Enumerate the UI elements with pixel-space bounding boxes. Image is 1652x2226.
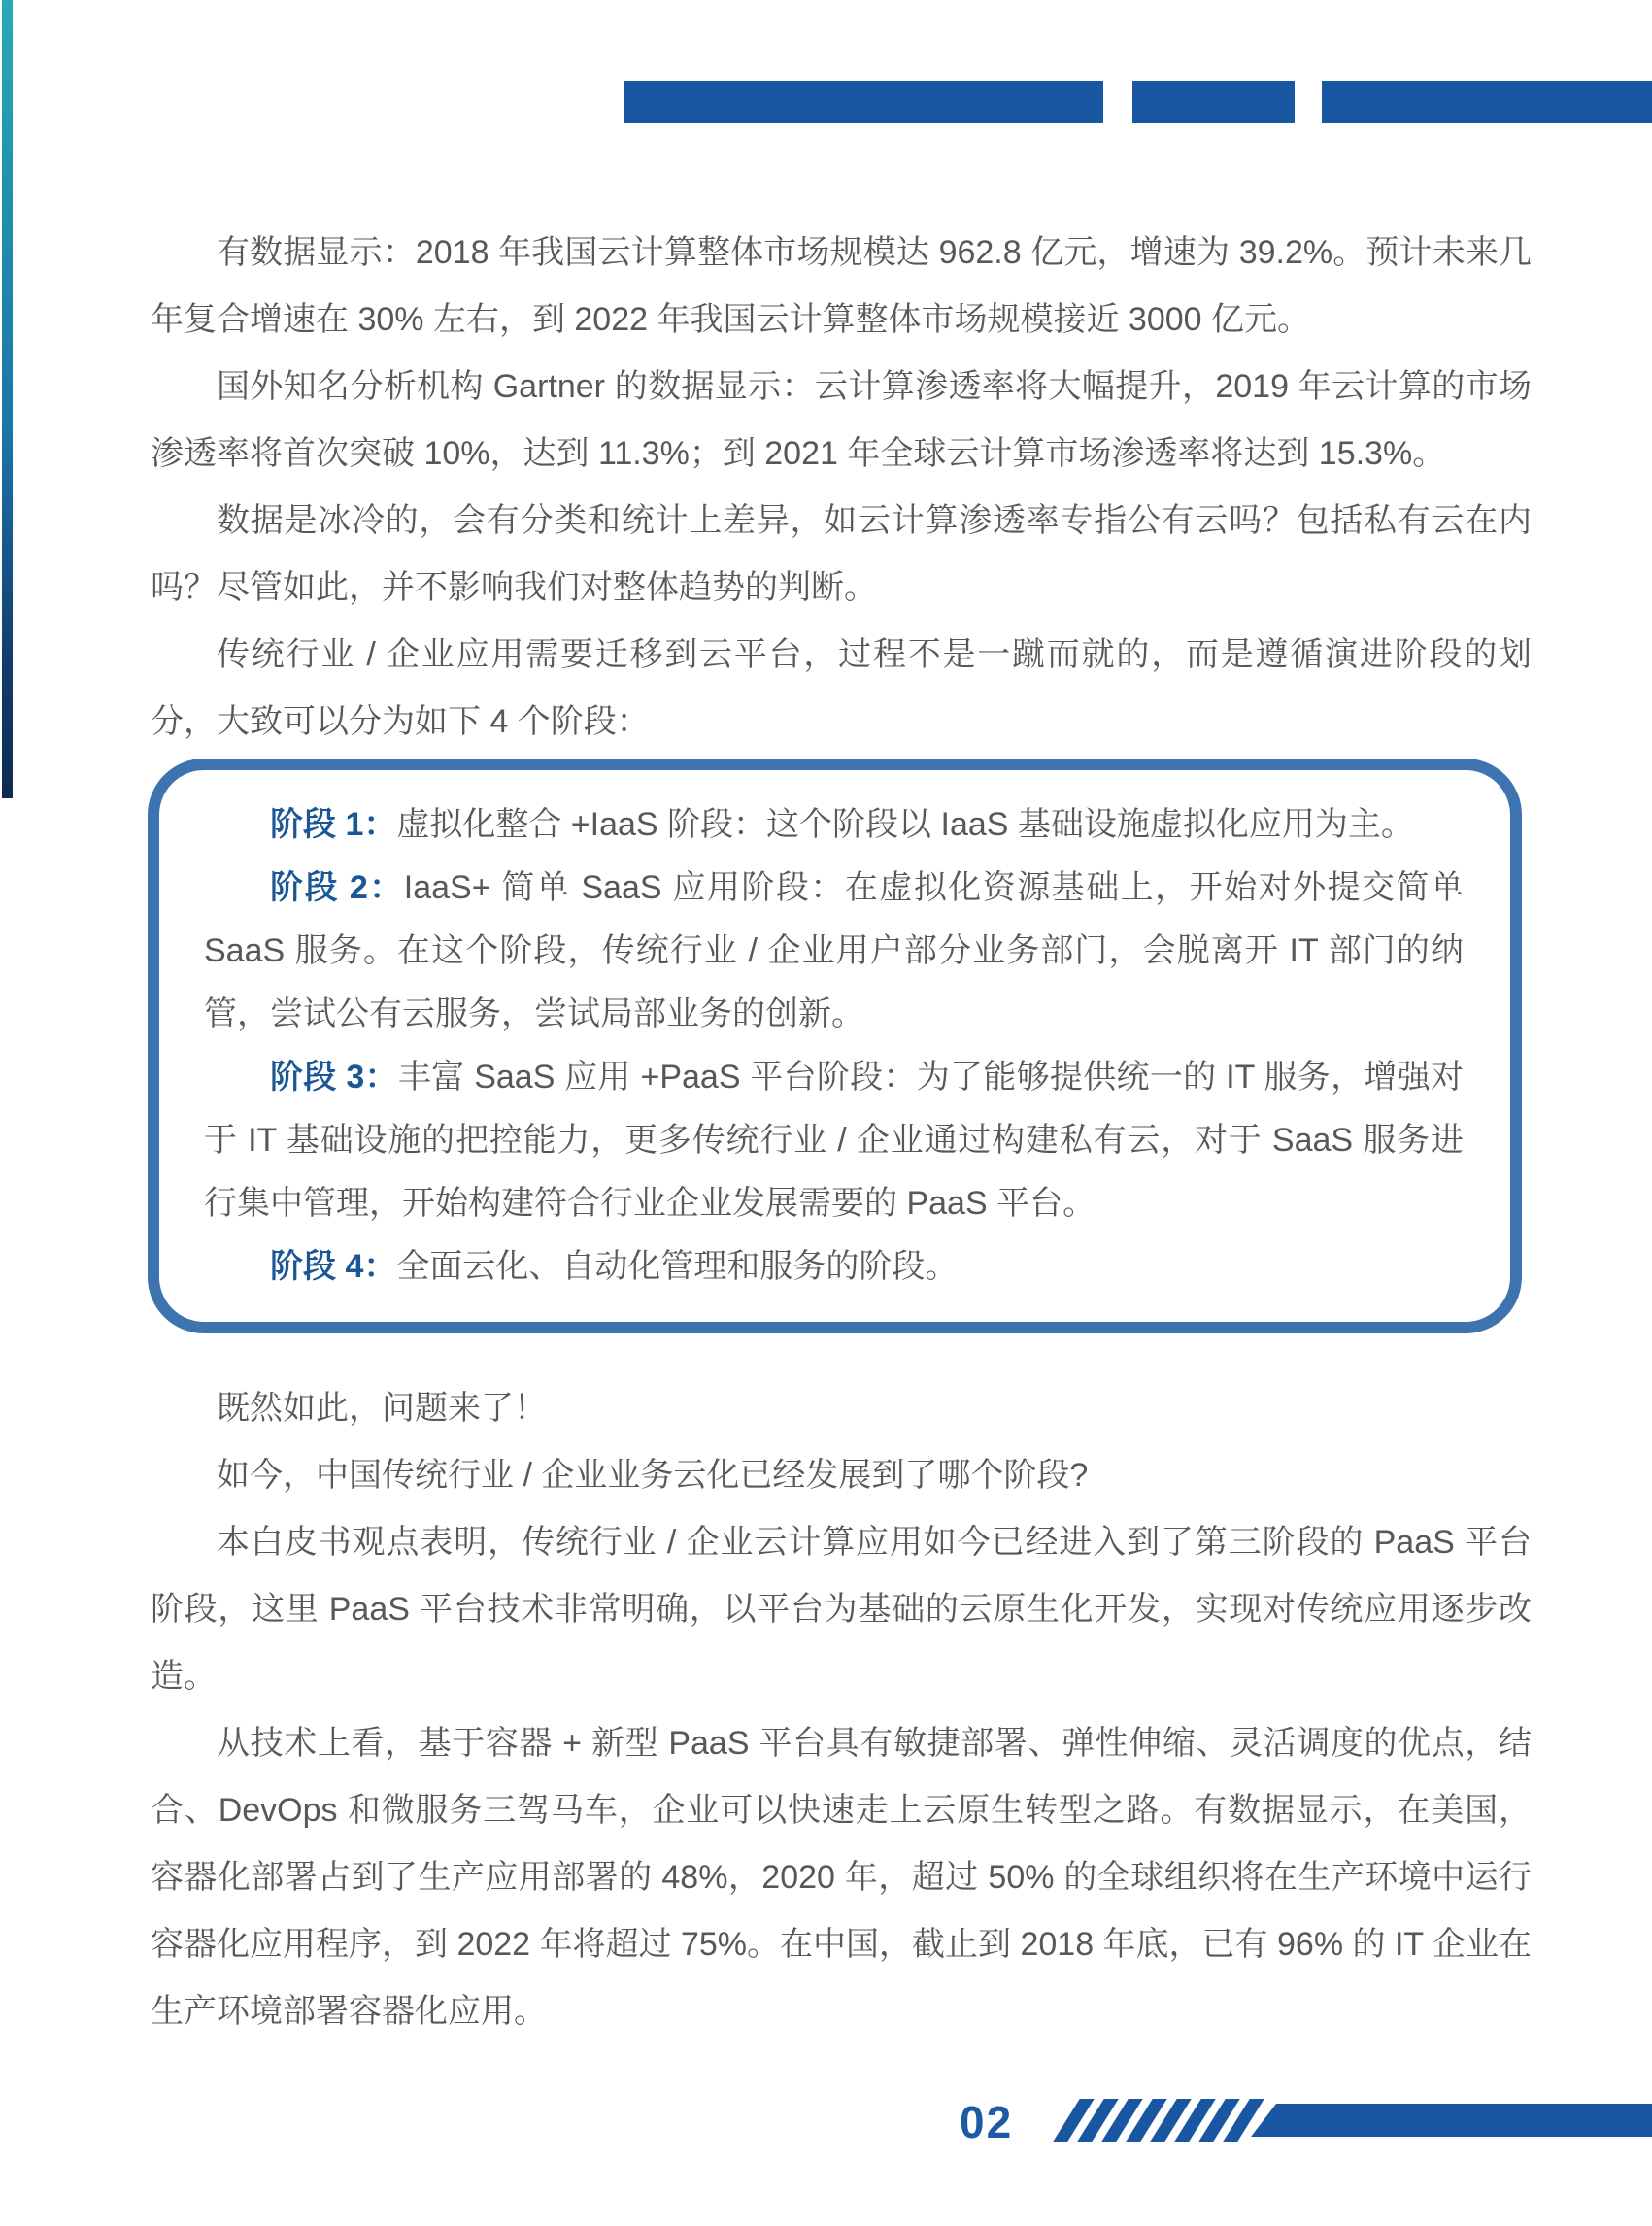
stage-label-3: 阶段 3： bbox=[270, 1059, 398, 1096]
document-page: 有数据显示：2018 年我国云计算整体市场规模达 962.8 亿元，增速为 39… bbox=[0, 0, 1652, 2226]
intro-text-block: 有数据显示：2018 年我国云计算整体市场规模达 962.8 亿元，增速为 39… bbox=[151, 219, 1532, 756]
stage-text-4: 全面云化、自动化管理和服务的阶段。 bbox=[396, 1248, 958, 1285]
intro-paragraph-2: 国外知名分析机构 Gartner 的数据显示：云计算渗透率将大幅提升，2019 … bbox=[151, 354, 1532, 488]
stage-item-3: 阶段 3：丰富 SaaS 应用 +PaaS 平台阶段：为了能够提供统一的 IT … bbox=[204, 1046, 1464, 1235]
stage-item-1: 阶段 1：虚拟化整合 +IaaS 阶段：这个阶段以 IaaS 基础设施虚拟化应用… bbox=[204, 793, 1464, 857]
intro-paragraph-4: 传统行业 / 企业应用需要迁移到云平台，过程不是一蹴而就的，而是遵循演进阶段的划… bbox=[151, 622, 1532, 756]
stage-label-4: 阶段 4： bbox=[270, 1248, 396, 1285]
intro-paragraph-3: 数据是冰冷的，会有分类和统计上差异，如云计算渗透率专指公有云吗？包括私有云在内吗… bbox=[151, 488, 1532, 622]
left-accent-strip bbox=[2, 0, 13, 798]
stage-item-2: 阶段 2：IaaS+ 简单 SaaS 应用阶段：在虚拟化资源基础上，开始对外提交… bbox=[204, 857, 1464, 1046]
top-decor-bar-1 bbox=[624, 81, 1103, 123]
stage-label-1: 阶段 1： bbox=[270, 806, 396, 843]
footer-page-number: 02 bbox=[960, 2096, 1013, 2148]
top-decor-bar-3 bbox=[1322, 81, 1652, 123]
intro-paragraph-1: 有数据显示：2018 年我国云计算整体市场规模达 962.8 亿元，增速为 39… bbox=[151, 219, 1532, 354]
outro-paragraph-2: 如今，中国传统行业 / 企业业务云化已经发展到了哪个阶段? bbox=[151, 1442, 1532, 1509]
stage-box: 阶段 1：虚拟化整合 +IaaS 阶段：这个阶段以 IaaS 基础设施虚拟化应用… bbox=[148, 759, 1522, 1333]
stage-label-2: 阶段 2： bbox=[270, 869, 404, 906]
stage-text-1: 虚拟化整合 +IaaS 阶段：这个阶段以 IaaS 基础设施虚拟化应用为主。 bbox=[396, 806, 1414, 843]
outro-text-block: 既然如此，问题来了！ 如今，中国传统行业 / 企业业务云化已经发展到了哪个阶段?… bbox=[151, 1375, 1532, 2045]
footer-stripes bbox=[1066, 2099, 1261, 2142]
outro-paragraph-3: 本白皮书观点表明，传统行业 / 企业云计算应用如今已经进入到了第三阶段的 Paa… bbox=[151, 1509, 1532, 1710]
outro-paragraph-4: 从技术上看，基于容器 + 新型 PaaS 平台具有敏捷部署、弹性伸缩、灵活调度的… bbox=[151, 1710, 1532, 2045]
stage-item-4: 阶段 4：全面云化、自动化管理和服务的阶段。 bbox=[204, 1235, 1464, 1298]
top-decor-bar-2 bbox=[1132, 81, 1295, 123]
footer-bar bbox=[1251, 2104, 1652, 2137]
outro-paragraph-1: 既然如此，问题来了！ bbox=[151, 1375, 1532, 1442]
